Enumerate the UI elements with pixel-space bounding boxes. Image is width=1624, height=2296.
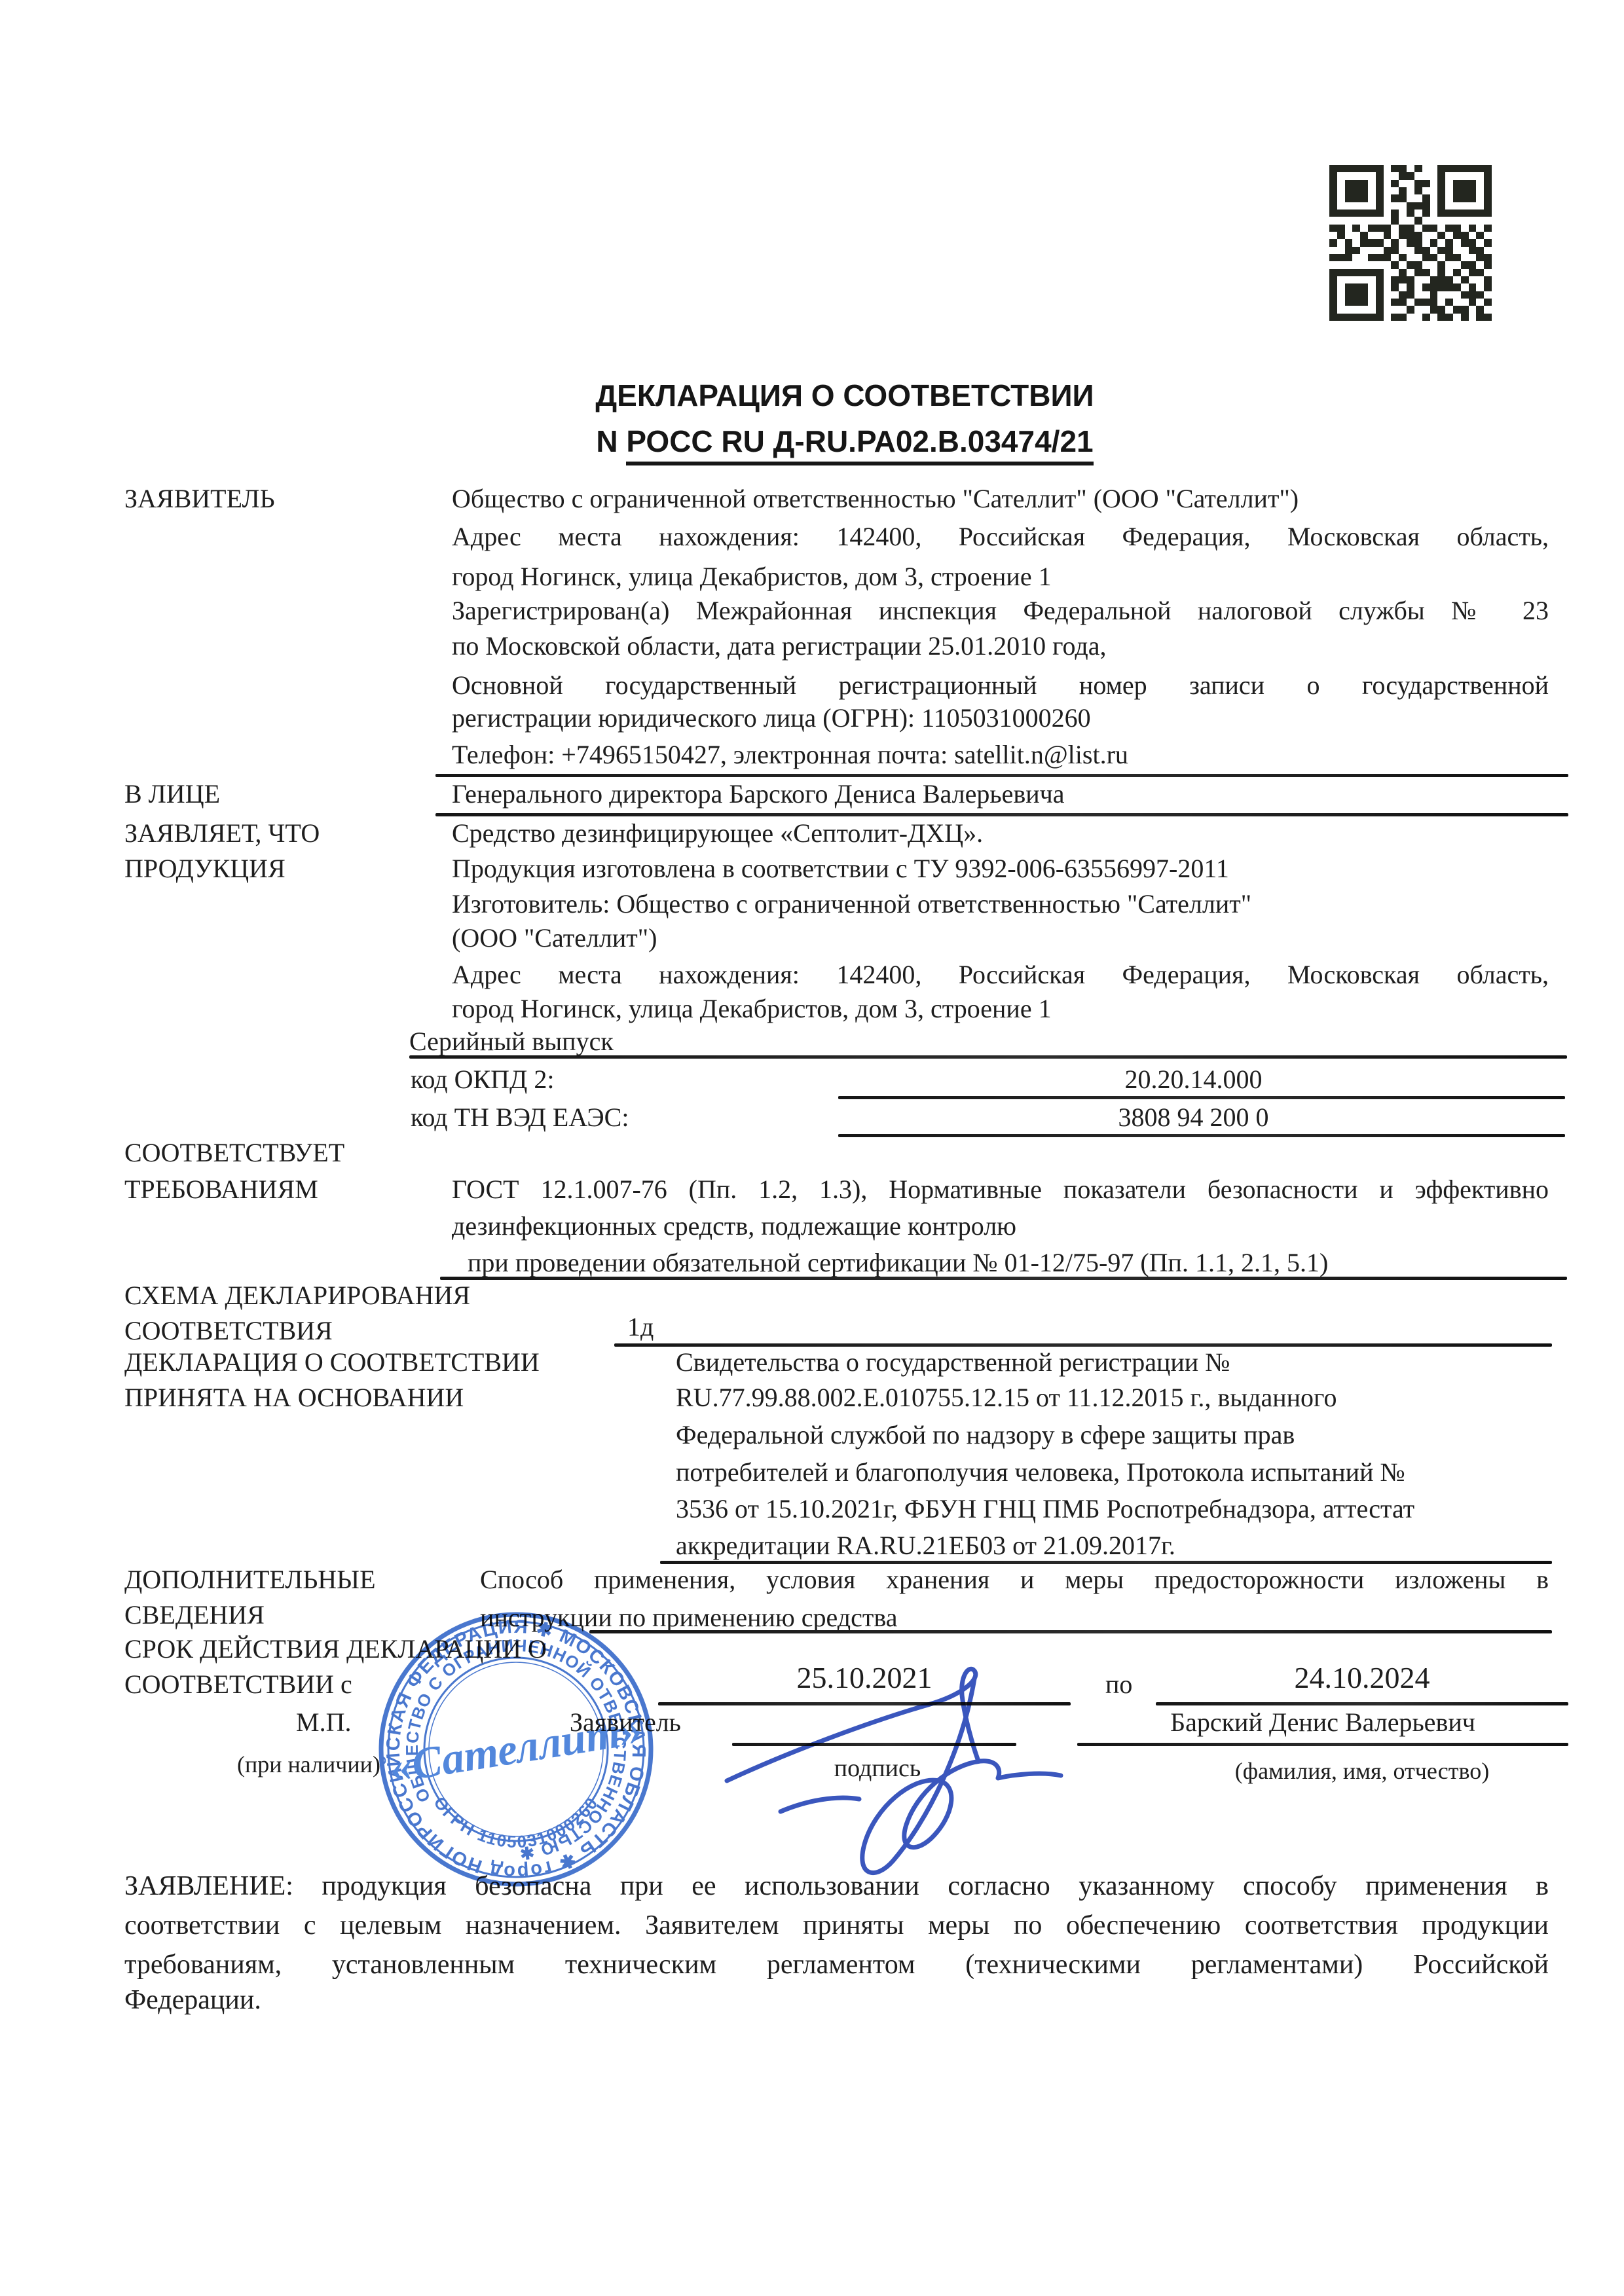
compliance-line: дезинфекционных средств, подлежащие конт… — [452, 1210, 1016, 1243]
rule — [409, 1055, 1567, 1059]
applicant-line: Общество с ограниченной ответственностью… — [452, 483, 1299, 515]
document-number-prefix: N — [596, 424, 626, 458]
compliance-line: ГОСТ 12.1.007-76 (Пп. 1.2, 1.3), Нормати… — [452, 1173, 1549, 1206]
document-page: ДЕКЛАРАЦИЯ О СООТВЕТСТВИИ N РОСС RU Д-RU… — [0, 0, 1624, 2296]
product-line: город Ногинск, улица Декабристов, дом 3,… — [452, 993, 1052, 1025]
applicant-label: ЗАЯВИТЕЛЬ — [124, 483, 275, 515]
validity-label-line2: СООТВЕТСТВИИ с — [124, 1668, 352, 1701]
scheme-label-line2: СООТВЕТСТВИЯ — [124, 1315, 333, 1347]
signer-name: Барский Денис Валерьевич — [1077, 1706, 1568, 1739]
additional-label-line2: СВЕДЕНИЯ — [124, 1599, 265, 1631]
person-value: Генерального директора Барского Дениса В… — [452, 778, 1065, 811]
validity-date-to: 24.10.2024 — [1156, 1662, 1568, 1694]
signature — [702, 1645, 1075, 1920]
rule — [440, 1277, 1567, 1280]
compliance-line: при проведении обязательной сертификации… — [468, 1247, 1328, 1279]
applicant-line: Зарегистрирован(а) Межрайонная инспекция… — [452, 594, 1549, 627]
person-label: В ЛИЦЕ — [124, 778, 220, 811]
product-label-line2: ПРОДУКЦИЯ — [124, 852, 286, 885]
document-title: ДЕКЛАРАЦИЯ О СООТВЕТСТВИИ — [570, 378, 1120, 412]
applicant-line: Телефон: +74965150427, электронная почта… — [452, 738, 1128, 771]
product-line: Изготовитель: Общество с ограниченной от… — [452, 888, 1251, 920]
company-stamp: РОССИЙСКАЯ ФЕДЕРАЦИЯ ✱ МОСКОВСКАЯ ОБЛАСТ… — [362, 1595, 670, 1903]
rule — [838, 1134, 1565, 1137]
okpd-value: 20.20.14.000 — [838, 1063, 1549, 1096]
document-number: N РОСС RU Д-RU.РА02.В.03474/21 — [570, 424, 1120, 458]
rule — [435, 813, 1568, 816]
mp-note: (при наличии) — [237, 1748, 380, 1781]
rule — [589, 1630, 1552, 1633]
name-caption: (фамилия, имя, отчество) — [1130, 1755, 1595, 1787]
statement-line: Федерации. — [124, 1984, 261, 2016]
applicant-line: по Московской области, дата регистрации … — [452, 630, 1106, 663]
tnved-label: код ТН ВЭД ЕАЭС: — [411, 1101, 629, 1134]
basis-line: RU.77.99.88.002.Е.010755.12.15 от 11.12.… — [676, 1381, 1337, 1414]
basis-line: Свидетельства о государственной регистра… — [676, 1346, 1230, 1379]
product-line: (ООО "Сателлит") — [452, 922, 657, 955]
document-number-value: РОСС RU Д-RU.РА02.В.03474/21 — [626, 424, 1093, 465]
name-line — [1077, 1743, 1568, 1746]
basis-line: аккредитации RA.RU.21ЕБ03 от 21.09.2017г… — [676, 1529, 1175, 1562]
applicant-line: город Ногинск, улица Декабристов, дом 3,… — [452, 560, 1052, 593]
applicant-line: Адрес места нахождения: 142400, Российск… — [452, 520, 1549, 553]
rule — [1156, 1702, 1568, 1705]
additional-label-line1: ДОПОЛНИТЕЛЬНЫЕ — [124, 1563, 376, 1596]
product-line: Средство дезинфицирующее «Септолит-ДХЦ». — [452, 817, 983, 850]
product-line: Адрес места нахождения: 142400, Российск… — [452, 958, 1549, 991]
compliance-label-line1: СООТВЕТСТВУЕТ — [124, 1137, 344, 1169]
product-label-line1: ЗАЯВЛЯЕТ, ЧТО — [124, 817, 320, 850]
tnved-value: 3808 94 200 0 — [838, 1101, 1549, 1134]
product-line: Серийный выпуск — [409, 1025, 614, 1058]
qr-code — [1329, 165, 1492, 321]
validity-preposition: по — [1105, 1668, 1132, 1701]
rule — [435, 774, 1568, 777]
product-line: Продукция изготовлена в соответствии с Т… — [452, 852, 1229, 885]
basis-line: 3536 от 15.10.2021г, ФБУН ГНЦ ПМБ Роспот… — [676, 1493, 1414, 1525]
basis-line: Федеральной службой по надзору в сфере з… — [676, 1419, 1295, 1451]
basis-label-line1: ДЕКЛАРАЦИЯ О СООТВЕТСТВИИ — [124, 1346, 540, 1379]
compliance-label-line2: ТРЕБОВАНИЯМ — [124, 1173, 318, 1206]
scheme-value: 1д — [627, 1311, 654, 1343]
basis-label-line2: ПРИНЯТА НА ОСНОВАНИИ — [124, 1381, 464, 1414]
additional-line: Способ применения, условия хранения и ме… — [480, 1563, 1549, 1596]
applicant-line: Основной государственный регистрационный… — [452, 669, 1549, 702]
okpd-label: код ОКПД 2: — [411, 1063, 554, 1096]
scheme-label-line1: СХЕМА ДЕКЛАРИРОВАНИЯ — [124, 1279, 470, 1312]
statement-line: требованиям, установленным техническим р… — [124, 1948, 1549, 1981]
applicant-line: регистрации юридического лица (ОГРН): 11… — [452, 702, 1091, 735]
rule — [838, 1096, 1565, 1099]
mp-label: М.П. — [296, 1706, 351, 1739]
basis-line: потребителей и благополучия человека, Пр… — [676, 1456, 1405, 1489]
